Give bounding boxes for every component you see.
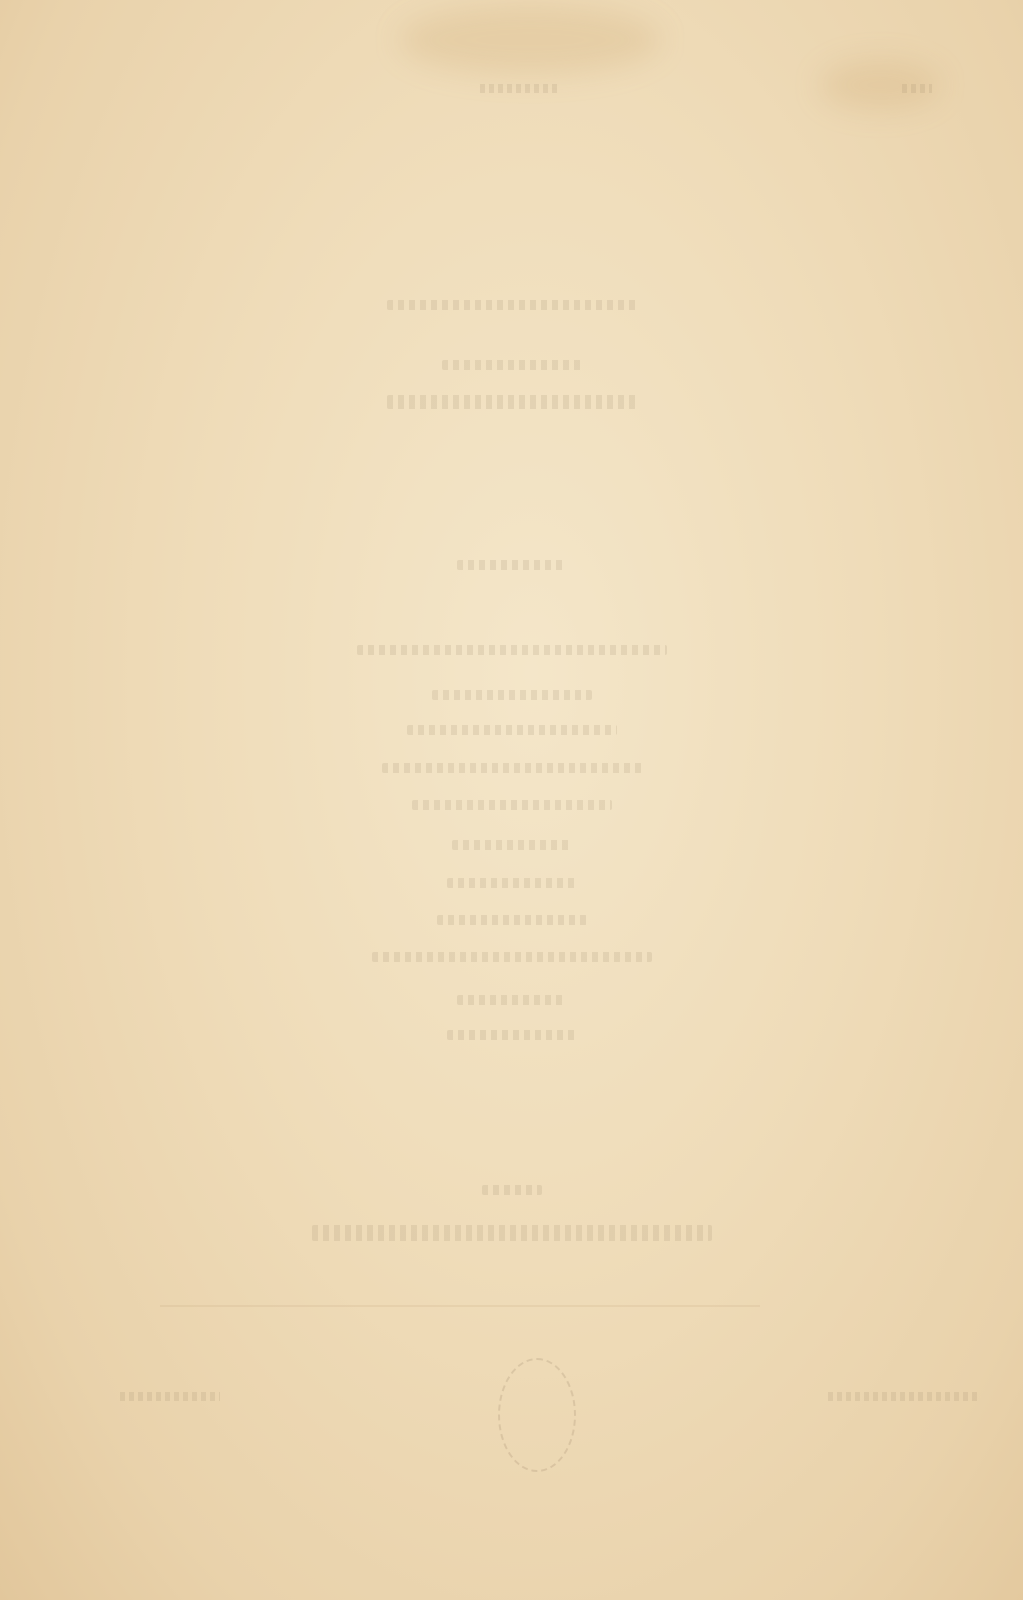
blank-page — [0, 0, 1023, 1600]
page-content — [0, 0, 1023, 1600]
